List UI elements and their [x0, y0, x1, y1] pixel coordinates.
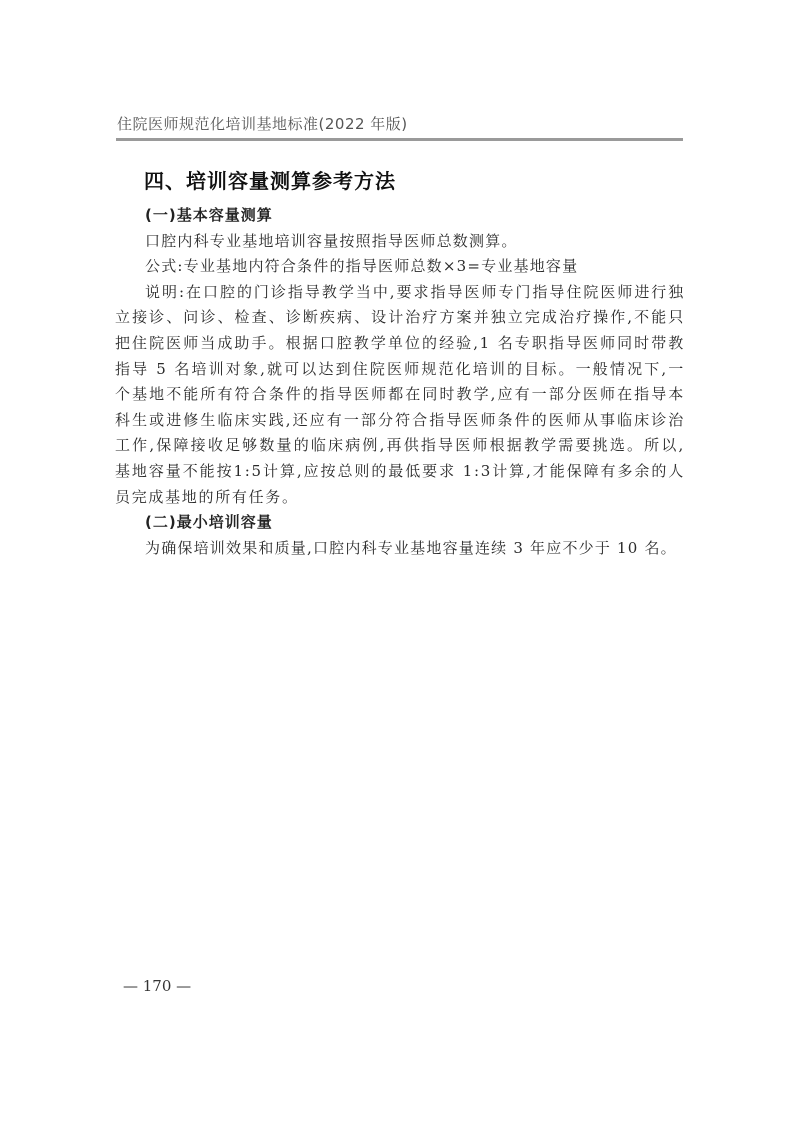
running-header: 住院医师规范化培训基地标准(2022 年版): [117, 113, 408, 134]
section-body: (一)基本容量测算 口腔内科专业基地培训容量按照指导医师总数测算。 公式:专业基…: [145, 203, 685, 561]
explanation-paragraph: 说明:在口腔的门诊指导教学当中,要求指导医师专门指导住院医师进行独立接诊、问诊、…: [115, 280, 685, 510]
page-number: — 170 —: [123, 977, 191, 995]
subsection-heading: (二)最小培训容量: [145, 510, 685, 536]
subsection-heading: (一)基本容量测算: [145, 203, 685, 229]
header-rule: [116, 138, 683, 141]
section-title: 四、培训容量测算参考方法: [144, 165, 396, 194]
formula-paragraph: 公式:专业基地内符合条件的指导医师总数×3=专业基地容量: [145, 254, 685, 280]
paragraph: 口腔内科专业基地培训容量按照指导医师总数测算。: [145, 229, 685, 255]
paragraph: 为确保培训效果和质量,口腔内科专业基地容量连续 3 年应不少于 10 名。: [145, 536, 685, 562]
